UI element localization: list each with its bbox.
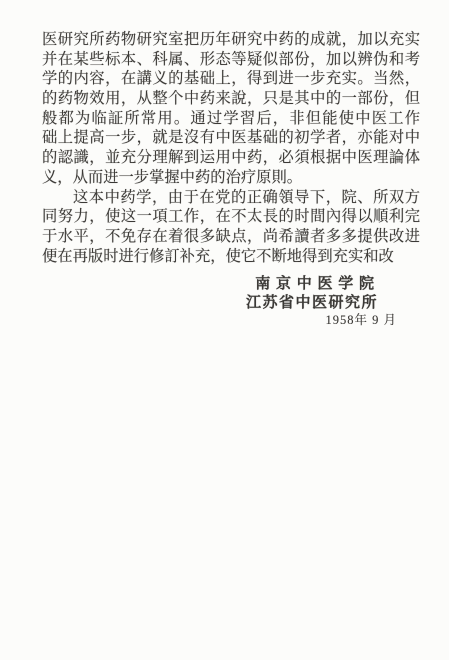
text-line: 般都为临証所常用。通过学習后，非但能使中医工作者，在原有基 xyxy=(42,109,420,129)
text-line: 于水平，不免存在着很多缺点，尚希讀者多多提供改进的意見，以 xyxy=(42,227,420,247)
signature-institution-nanjing: 南 京 中 医 学 院 xyxy=(255,272,375,293)
text-line: 同努力，使这一項工作，在不太長的时間內得以順利完成。但因限 xyxy=(42,207,420,227)
text-line: 这本中药学，由于在党的正确領导下，院、所双方分工协作，共 xyxy=(42,188,420,208)
scanned-book-page: 医研究所药物研究室把历年研究中药的成就，加以充实和修定， 并在某些标本、科属、形… xyxy=(0,0,449,660)
text-line: 医研究所药物研究室把历年研究中药的成就，加以充实和修定， xyxy=(42,30,420,50)
text-line: 础上提高一步，就是沒有中医基础的初学者，亦能对中药得到初步 xyxy=(42,128,420,148)
text-line: 学的内容，在講义的基础上，得到进一步充实。当然，中药学收載 xyxy=(42,69,420,89)
signature-institution-jiangsu: 江苏省中医研究所 xyxy=(246,291,378,312)
text-line: 的認識，並充分理解到运用中药，必須根据中医理論体系的重要意 xyxy=(42,148,420,168)
text-line: 的药物效用，从整个中药来說，只是其中的一部份，但这些药物，一 xyxy=(42,89,420,109)
text-line: 义，从而进一步掌握中药的治疗原則。 xyxy=(42,168,420,188)
preface-text-block: 医研究所药物研究室把历年研究中药的成就，加以充实和修定， 并在某些标本、科属、形… xyxy=(42,30,420,266)
signature-date: 1958年 9 月 xyxy=(325,310,397,328)
text-line: 并在某些标本、科属、形态等疑似部份，加以辨伪和考証，使中药 xyxy=(42,50,420,70)
text-line: 便在再版时进行修訂补充，使它不断地得到充实和改进。 xyxy=(42,247,420,267)
